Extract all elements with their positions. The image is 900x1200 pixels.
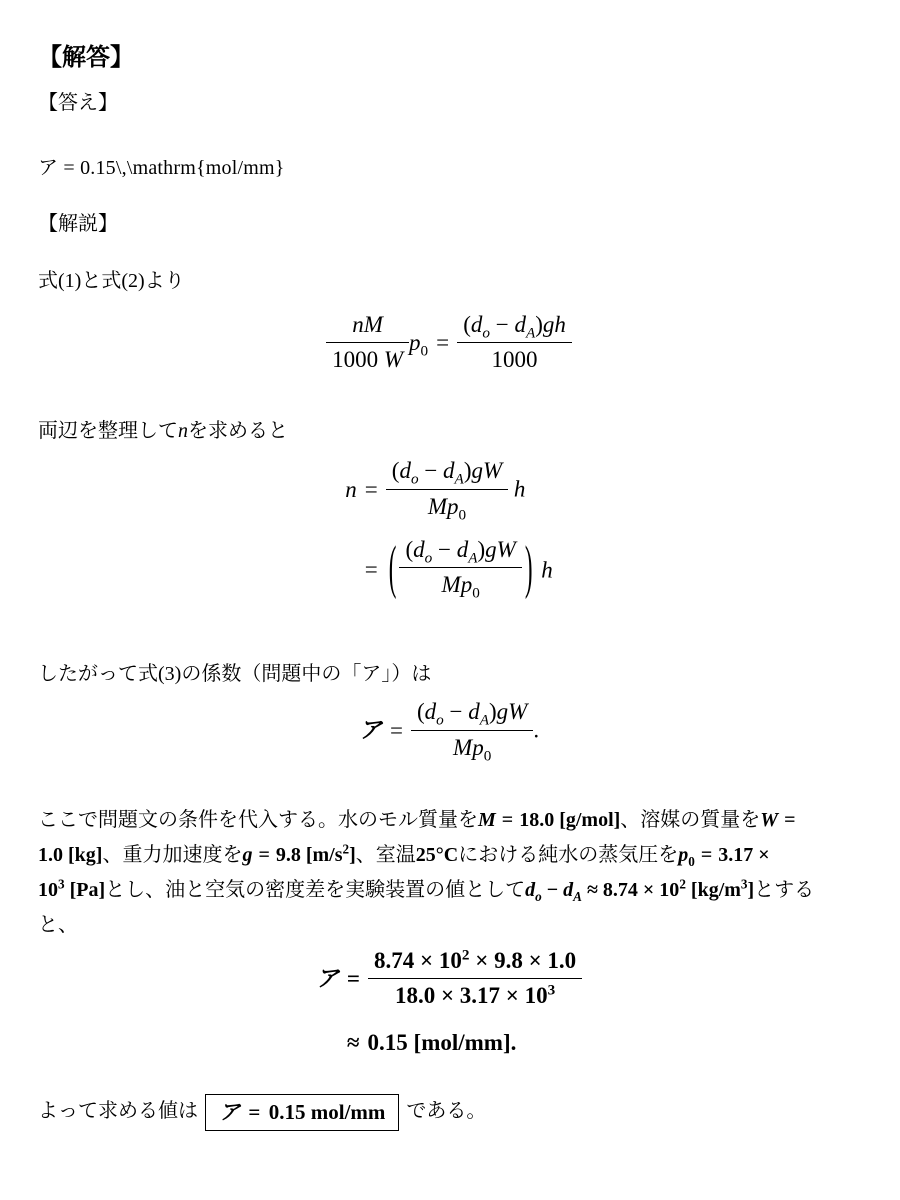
fraction: 8.74 × 102 × 9.8 × 1.018.0 × 3.17 × 103 <box>368 947 582 1012</box>
heading-kaitou: 【解答】 <box>38 45 860 73</box>
text-run: である。 <box>406 1100 486 1122</box>
paragraph-from-equations: 式(1)と式(2)より <box>38 269 860 293</box>
fraction: (do − dA)gWMp0 <box>411 698 533 763</box>
paragraph-rearrange: 両辺を整理してnを求めると <box>38 419 860 443</box>
text-run: 、重力加速度を <box>102 844 242 866</box>
inline-math: W= <box>760 809 801 831</box>
inline-math: g=9.8 [m/s2] <box>242 844 355 866</box>
equation-solve-n: n=(do − dA)gWMp0 h=((do − dA)gWMp0) h <box>38 459 860 604</box>
paragraph-coefficient: したがって式(3)の係数（問題中の「ア」）は <box>38 662 860 686</box>
big-parentheses: ((do − dA)gWMp0) <box>386 538 536 603</box>
inline-math: do − dA ≈ 8.74 × 102 [kg/m3] <box>525 879 754 901</box>
text-run: 、室温 <box>356 844 416 866</box>
fraction: (do − dA)gh1000 <box>457 311 572 376</box>
fraction: (do − dA)gWMp0 <box>386 457 508 522</box>
text-run: と、 <box>38 914 78 936</box>
answer-raw-latex: ア = 0.15\,\mathrm{mol/mm} <box>38 151 860 180</box>
text-run: 、溶媒の質量を <box>620 809 760 831</box>
inline-math: 25°C <box>416 844 458 866</box>
text-run: とし、油と空気の密度差を実験装置の値として <box>105 879 525 901</box>
equation-pressure-balance: nM1000 Wp0=(do − dA)gh1000 <box>38 313 860 378</box>
inline-math: p0=3.17 × <box>678 844 769 866</box>
text-run: 両辺を整理して <box>38 420 178 442</box>
paragraph-line: 103 [Pa]とし、油と空気の密度差を実験装置の値としてdo − dA ≈ 8… <box>38 873 860 908</box>
paragraph-line: と、 <box>38 908 860 943</box>
paragraph-substitution: ここで問題文の条件を代入する。水のモル質量をM=18.0 [g/mol]、溶媒の… <box>38 803 860 943</box>
equation-numeric-result: ア=8.74 × 102 × 9.8 × 1.018.0 × 3.17 × 10… <box>38 949 860 1058</box>
text-run: とする <box>754 879 814 901</box>
paragraph-line: ここで問題文の条件を代入する。水のモル質量をM=18.0 [g/mol]、溶媒の… <box>38 803 860 838</box>
fraction: nM1000 W <box>326 311 409 376</box>
inline-math: 1.0 [kg] <box>38 844 102 866</box>
text-run: を求めると <box>188 420 288 442</box>
fraction: (do − dA)gWMp0 <box>399 536 521 601</box>
inline-math: n <box>178 420 188 442</box>
text-run: ここで問題文の条件を代入する。水のモル質量を <box>38 809 478 831</box>
heading-kotae: 【答え】 <box>38 92 860 115</box>
boxed-answer: ア=0.15 mol/mm <box>205 1094 399 1131</box>
inline-math: M=18.0 [g/mol] <box>478 809 620 831</box>
paragraph-line: 1.0 [kg]、重力加速度をg=9.8 [m/s2]、室温25°Cにおける純水… <box>38 838 860 873</box>
solution-document: 【解答】 【答え】 ア = 0.15\,\mathrm{mol/mm} 【解説】… <box>0 0 900 1131</box>
heading-kaisetsu: 【解説】 <box>38 213 860 236</box>
text-run: よって求める値は <box>38 1100 198 1122</box>
text-run: における純水の蒸気圧を <box>458 844 678 866</box>
equation-coefficient: ア=(do − dA)gWMp0. <box>38 700 860 765</box>
inline-math: 103 [Pa] <box>38 879 105 901</box>
paragraph-conclusion: よって求める値はア=0.15 mol/mmである。 <box>38 1094 860 1131</box>
